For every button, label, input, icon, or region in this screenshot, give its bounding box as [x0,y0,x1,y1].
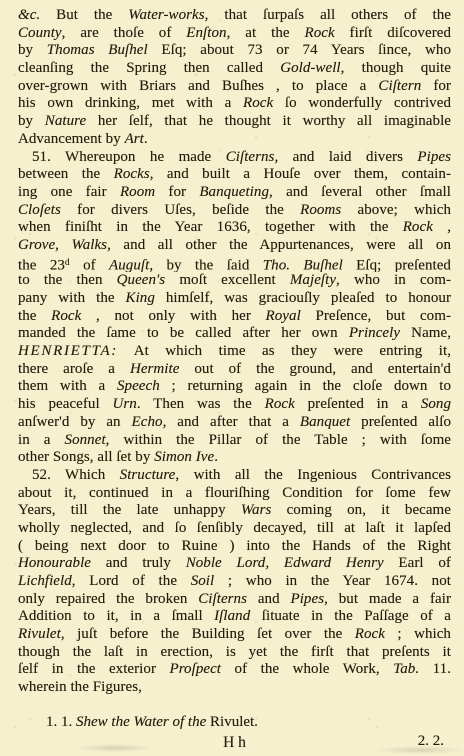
text-segment: Auguſt [109,257,149,272]
text-segment: . Then was the [137,396,265,412]
text-segment: ing one fair [18,184,120,200]
text-line: between the Rocks, and built a Houſe ove… [18,166,451,184]
text-segment: ſituate in the Paſſage of a [250,608,451,624]
text-segment: Rocks [114,166,150,182]
text-line: pany with the King himſelf, was graciouſ… [18,290,451,308]
text-segment: Nature [45,113,86,129]
text-segment: ; which [385,626,451,642]
text-segment: . [144,131,148,147]
text-segment: &c. [18,7,40,23]
text-line: them with a Speech ; returning again in … [18,378,451,396]
text-segment: anſwer'd by an [18,414,132,430]
text-segment: Rivulet [18,626,61,642]
text-segment: Preſence, but com- [301,308,451,324]
text-line: ſelf in the exterior Proſpect of the who… [18,661,451,679]
text-line: County, are thoſe of Enſton, at the Rock… [18,25,451,43]
text-segment: Structure [120,467,176,483]
text-segment: out of the ground, and entertain'd [179,361,451,377]
text-line: though the laſt in erection, is yet the … [18,644,451,662]
text-segment: Tab. [393,661,419,677]
text-segment: , Lord of the [72,573,191,589]
text-line: HENRIETTA: At which time as they were en… [18,343,451,361]
text-segment: Soil [191,573,215,589]
text-segment: ; returning again in the cloſe down to [160,378,451,394]
text-segment: , are thoſe of [62,25,187,41]
text-line: the Rock , not only with her Royal Preſe… [18,308,451,326]
text-segment: Rock [355,626,385,642]
para-continuation: &c. But the Water-works, that ſurpaſs al… [18,7,451,149]
text-segment: pany with the [18,290,126,306]
text-segment: Queen's [117,272,166,288]
text-segment: ſelf in the exterior [18,661,170,677]
text-line: the 23d of Auguſt, by the ſaid Tho. Buſh… [18,255,451,273]
text-segment: Speech [117,378,160,394]
text-segment: coming on, it became [271,502,451,518]
text-segment: Eſq; preſented [343,257,451,272]
text-segment: , but made a fair [324,591,451,607]
text-segment: other Songs, all ſet by [18,449,154,465]
text-segment: though the laſt in erection, is yet the … [18,644,451,660]
text-column: &c. But the Water-works, that ſurpaſs al… [18,7,451,697]
text-segment: Pipes [417,149,451,165]
text-segment: his own drinking, met with a [18,95,243,111]
page-footer: H h 2. 2. [18,734,451,752]
text-segment: ſo wonderfully contrived [273,95,451,111]
text-line: Cloſets for divers Uſes, beſide the Room… [18,202,451,220]
text-segment: . [214,449,218,465]
text-segment: above; which [341,202,451,218]
text-segment: Years, till the late unhappy [18,502,241,518]
text-segment: between the [18,166,114,182]
text-segment: for [421,78,451,94]
text-segment: Sonnet [65,432,106,448]
text-segment: Rooms [300,202,341,218]
text-segment: Ciſtern [378,78,421,94]
text-segment: for divers Uſes, beſide the [61,202,300,218]
text-segment: Banqueting [199,184,269,200]
text-line: about it, continued in a flouriſhing Con… [18,485,451,503]
text-segment: Song [421,396,451,412]
text-segment: Earl of [384,555,451,571]
text-segment: King [126,290,155,306]
text-segment: HENRIETTA: [18,343,118,359]
text-line: Addition to it, in a ſmall Iſland ſituat… [18,608,451,626]
text-segment: Ciſterns [226,149,275,165]
text-segment: 11. [419,661,451,677]
text-segment: to the then [18,272,117,288]
text-segment: Wars [241,502,272,518]
text-segment: Lichfield [18,573,72,589]
text-segment: wherein the Figures, [18,679,142,695]
text-segment: Urn [113,396,137,412]
text-segment: Enſton [186,25,226,41]
text-segment: and truly [91,555,186,571]
text-segment: County [18,25,62,41]
text-segment: Honourable [18,555,91,571]
text-segment: Rock [265,396,295,412]
text-segment: about it, continued in a flouriſhing Con… [18,485,451,501]
text-segment: , and all other the Appurtenances, were … [107,237,451,253]
text-line: his own drinking, met with a Rock ſo won… [18,95,451,113]
text-segment: by [18,42,47,58]
text-segment: But the [40,7,128,23]
text-segment: 1. 1. [46,714,76,730]
text-segment: her ſelf, that he thought it worthy all … [86,113,451,129]
text-segment: Thomas Buſhel [47,42,148,58]
text-segment: Advancement by [18,131,125,147]
text-segment: Princely [349,325,400,341]
text-segment: Banquet [300,414,350,430]
text-line: in a Sonnet, within the Pillar of the Ta… [18,432,451,450]
book-page: &c. But the Water-works, that ſurpaſs al… [0,0,464,756]
text-segment: by [18,113,45,129]
text-segment: wholly neglected, and ſo ſenſibly decaye… [18,520,451,536]
text-segment: , within the Pillar of the Table ; with … [106,432,451,448]
text-line: Honourable and truly Noble Lord, Edward … [18,555,451,573]
text-line: &c. But the Water-works, that ſurpaſs al… [18,7,451,25]
text-segment: Shew the Water of the [76,714,210,730]
text-line: only repaired the broken Ciſterns and Pi… [18,591,451,609]
text-line: to the then Queen's moſt excellent Majeſ… [18,272,451,290]
text-segment: , by the ſaid [149,257,262,272]
text-segment: At which time as they were entring it, [118,343,451,359]
text-segment: Name, [400,325,451,341]
text-line: Lichfield, Lord of the Soil ; who in the… [18,573,451,591]
text-line: when finiſht in the Year 1636, together … [18,219,451,237]
text-segment: Rock [51,308,81,324]
text-line: other Songs, all ſet by Simon Ive. [18,449,451,467]
text-segment: them with a [18,378,117,394]
text-segment: Rock [304,25,334,41]
text-segment: Addition to it, in a ſmall [18,608,214,624]
text-segment: Cloſets [18,202,61,218]
text-segment: preſented in a [295,396,421,412]
text-segment: 51. Whereupon he made [32,149,226,165]
text-line: Years, till the late unhappy Wars coming… [18,502,451,520]
text-segment: Gold-well [280,60,340,76]
text-segment: , and after that a [163,414,300,430]
text-segment: 52. Which [32,467,120,483]
text-line: manded the ſame to be called after her o… [18,325,451,343]
text-segment: Rock [403,219,433,235]
text-segment: Eſq; about 73 or 74 Years ſince, who [148,42,451,58]
text-line: 51. Whereupon he made Ciſterns, and laid… [18,149,451,167]
text-line: his peaceful Urn. Then was the Rock preſ… [18,396,451,414]
para-51: 51. Whereupon he made Ciſterns, and laid… [18,149,451,467]
text-segment: , that ſurpaſs all others of the [205,7,451,23]
text-segment: , and ſeveral other ſmall [269,184,451,200]
text-segment: , and laid divers [274,149,417,165]
text-line: ( being next door to Ruine ) into the Ha… [18,538,451,556]
text-segment: and [247,591,291,607]
text-segment: , at the [227,25,305,41]
text-segment: ; who in the Year 1674. not [214,573,451,589]
text-line: 52. Which Structure, with all the Ingeni… [18,467,451,485]
text-segment: for [155,184,199,200]
text-segment: Pipes [291,591,325,607]
text-segment: preſented alſo [350,414,451,430]
text-segment: Iſland [214,608,250,624]
para-52: 52. Which Structure, with all the Ingeni… [18,467,451,697]
text-segment: ( being next door to Ruine ) into the Ha… [18,538,451,554]
text-segment: Rock [243,95,273,111]
text-line: anſwer'd by an Echo, and after that a Ba… [18,414,451,432]
text-segment: Noble Lord, Edward Henry [186,555,384,571]
text-line: by Thomas Buſhel Eſq; about 73 or 74 Yea… [18,42,451,60]
text-segment: of the whole Work, [221,661,393,677]
text-segment: Water-works [128,7,204,23]
text-line: there aroſe a Hermite out of the ground,… [18,361,451,379]
text-segment: Rivulet. [210,714,258,730]
text-segment: moſt excellent [165,272,290,288]
text-line: Rivulet, juſt before the Building ſet ov… [18,626,451,644]
text-segment: over-grown with Briars and Buſhes , to p… [18,78,378,94]
text-segment: Proſpect [170,661,222,677]
text-segment: Hermite [130,361,180,377]
text-segment: the 23 [18,257,65,272]
text-line: by Nature her ſelf, that he thought it w… [18,113,451,131]
text-segment: , [433,219,451,235]
text-segment: his peaceful [18,396,113,412]
text-segment: in a [18,432,65,448]
text-segment: Simon Ive [154,449,214,465]
text-segment: firſt diſcovered [335,25,451,41]
text-segment: Room [120,184,155,200]
text-segment: , with all the Ingenious Contrivances [175,467,451,483]
text-segment: manded the ſame to be called after her o… [18,325,349,341]
figure-list-item: 1. 1. Shew the Water of the Rivulet. [18,714,451,732]
text-segment: cleanſing the Spring then called [18,60,280,76]
text-segment: Art [125,131,144,147]
text-segment: , not only with her [81,308,265,324]
text-segment: Echo [132,414,163,430]
text-segment: , and built a Houſe over them, contain- [150,166,451,182]
text-line: wherein the Figures, [18,679,451,697]
text-segment: Ciſterns [198,591,247,607]
text-line: over-grown with Briars and Buſhes , to p… [18,78,451,96]
signature-mark: H h [223,734,246,751]
text-segment: Tho. Buſhel [263,257,343,272]
text-line: cleanſing the Spring then called Gold-we… [18,60,451,78]
text-segment: himſelf, was graciouſly pleaſed to honou… [155,290,451,306]
text-segment: only repaired the broken [18,591,198,607]
text-segment: , who in com- [336,272,451,288]
text-segment: Royal [266,308,301,324]
text-segment: of [70,257,109,272]
text-line: ing one fair Room for Banqueting, and ſe… [18,184,451,202]
catchword: 2. 2. [418,732,444,750]
text-line: Advancement by Art. [18,131,451,149]
text-line: wholly neglected, and ſo ſenſibly decaye… [18,520,451,538]
text-segment: Majeſty [290,272,336,288]
text-segment: , though quite [341,60,451,76]
text-segment: the [18,308,51,324]
text-segment: , juſt before the Building ſet over the [61,626,355,642]
text-segment: there aroſe a [18,361,130,377]
text-line: Grove, Walks, and all other the Appurten… [18,237,451,255]
text-segment: Grove, Walks [18,237,107,253]
text-segment: when finiſht in the Year 1636, together … [18,219,403,235]
